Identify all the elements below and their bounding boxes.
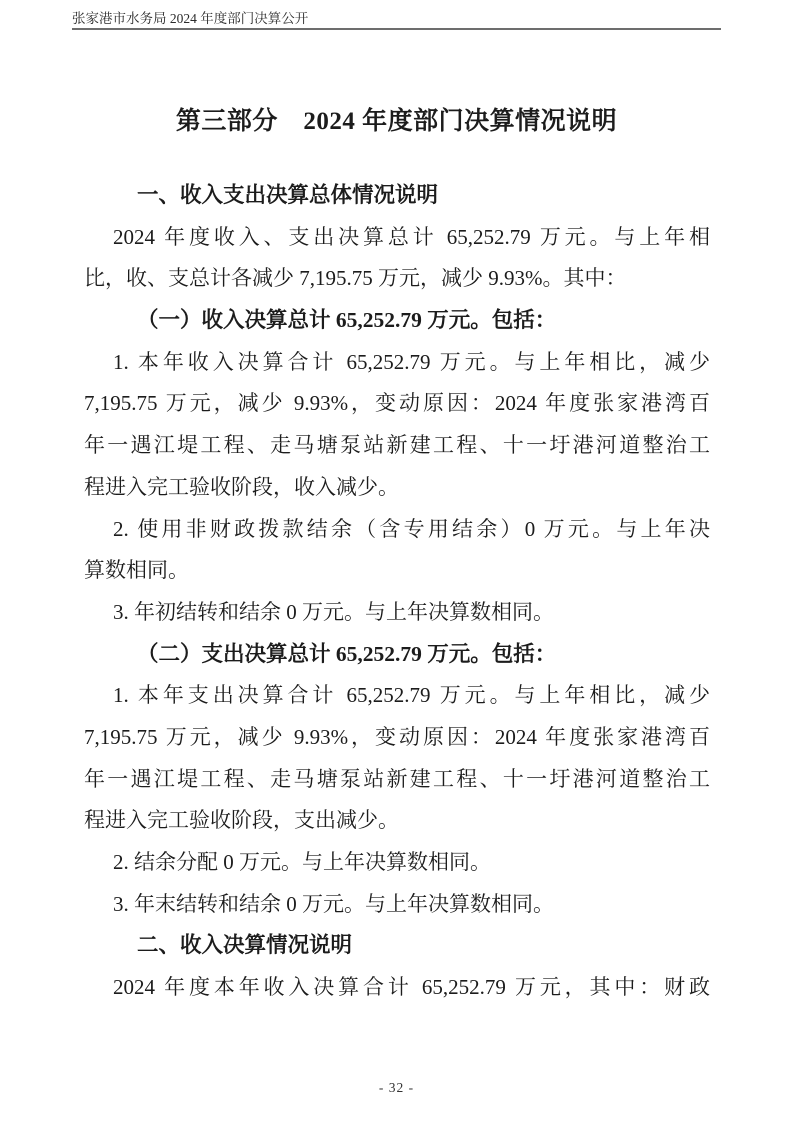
text-line: 2. 结余分配 0 万元。与上年决算数相同。	[84, 842, 710, 884]
page-number: - 32 -	[0, 1080, 793, 1096]
text-line: 3. 年初结转和结余 0 万元。与上年决算数相同。	[84, 592, 710, 634]
text-line: 2024 年度收入、支出决算总计 65,252.79 万元。与上年相	[84, 217, 710, 259]
section-heading-line: 二、收入决算情况说明	[84, 925, 710, 967]
text-line: 7,195.75 万元，减少 9.93%，变动原因：2024 年度张家港湾百	[84, 717, 710, 759]
text-line: 程进入完工验收阶段，收入减少。	[84, 467, 710, 509]
text-line: 1. 本年支出决算合计 65,252.79 万元。与上年相比，减少	[84, 675, 710, 717]
text-line: 2. 使用非财政拨款结余（含专用结余）0 万元。与上年决	[84, 509, 710, 551]
text-line: 7,195.75 万元，减少 9.93%，变动原因：2024 年度张家港湾百	[84, 383, 710, 425]
text-line: 1. 本年收入决算合计 65,252.79 万元。与上年相比，减少	[84, 342, 710, 384]
text-line: 算数相同。	[84, 550, 710, 592]
document-page: 张家港市水务局 2024 年度部门决算公开 第三部分 2024 年度部门决算情况…	[0, 0, 793, 1122]
running-header-text: 张家港市水务局 2024 年度部门决算公开	[72, 10, 308, 27]
section-heading-line: （二）支出决算总计 65,252.79 万元。包括：	[84, 634, 710, 676]
header-rule	[72, 28, 721, 30]
page-title: 第三部分 2024 年度部门决算情况说明	[0, 101, 793, 137]
document-body: 一、收入支出决算总体情况说明2024 年度收入、支出决算总计 65,252.79…	[84, 175, 710, 1009]
text-line: 年一遇江堤工程、走马塘泵站新建工程、十一圩港河道整治工	[84, 425, 710, 467]
text-line: 2024 年度本年收入决算合计 65,252.79 万元，其中：财政	[84, 967, 710, 1009]
text-line: 比，收、支总计各减少 7,195.75 万元，减少 9.93%。其中：	[84, 258, 710, 300]
text-line: 3. 年末结转和结余 0 万元。与上年决算数相同。	[84, 884, 710, 926]
section-heading-line: （一）收入决算总计 65,252.79 万元。包括：	[84, 300, 710, 342]
text-line: 程进入完工验收阶段，支出减少。	[84, 800, 710, 842]
section-heading-line: 一、收入支出决算总体情况说明	[84, 175, 710, 217]
text-line: 年一遇江堤工程、走马塘泵站新建工程、十一圩港河道整治工	[84, 759, 710, 801]
